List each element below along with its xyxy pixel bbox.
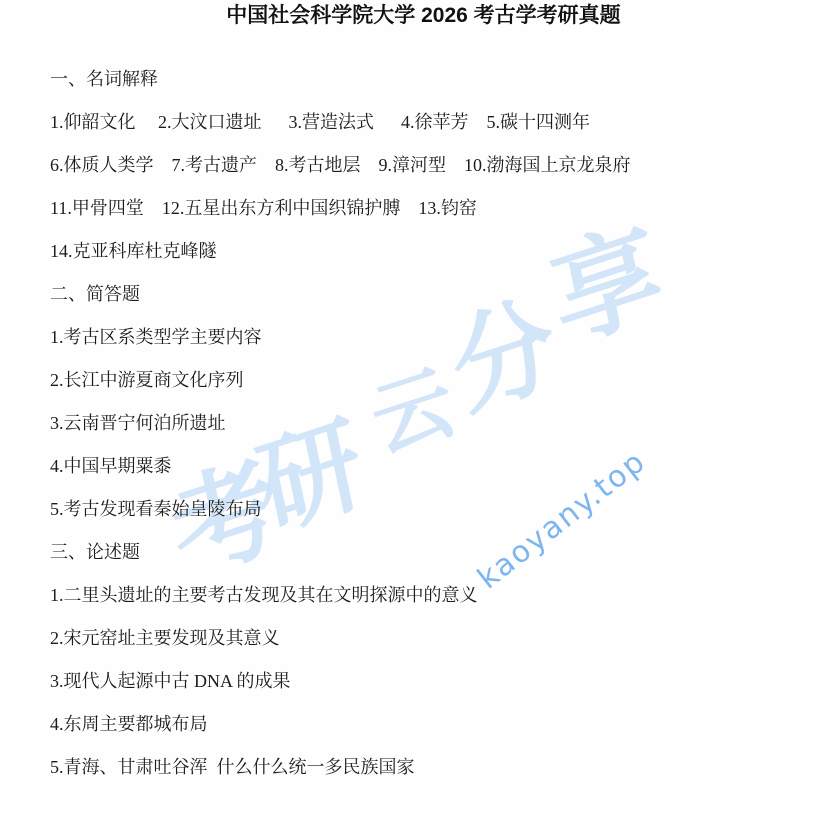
section-heading-3: 三、论述题 (50, 543, 797, 561)
document-body: 中国社会科学院大学 2026 考古学考研真题 一、名词解释 1.仰韶文化 2.大… (0, 0, 837, 776)
section1-line-2: 6.体质人类学 7.考古遗产 8.考古地层 9.漳河型 10.渤海国上京龙泉府 (50, 156, 797, 174)
section2-line-4: 4.中国早期粟黍 (50, 457, 797, 475)
section2-line-1: 1.考古区系类型学主要内容 (50, 328, 797, 346)
section3-line-5: 5.青海、甘肃吐谷浑 什么什么统一多民族国家 (50, 758, 797, 776)
section-heading-1: 一、名词解释 (50, 70, 797, 88)
section3-line-3: 3.现代人起源中古 DNA 的成果 (50, 672, 797, 690)
section3-line-4: 4.东周主要都城布局 (50, 715, 797, 733)
section2-line-5: 5.考古发现看秦始皇陵布局 (50, 500, 797, 518)
document-title: 中国社会科学院大学 2026 考古学考研真题 (50, 4, 797, 28)
exam-document-page: 考 研 云 分 享 kaoyany.top 中国社会科学院大学 2026 考古学… (0, 0, 837, 831)
section1-line-1: 1.仰韶文化 2.大汶口遗址 3.营造法式 4.徐苹芳 5.碳十四测年 (50, 113, 797, 131)
section-heading-2: 二、简答题 (50, 285, 797, 303)
section1-line-3: 11.甲骨四堂 12.五星出东方利中国织锦护膊 13.钧窑 (50, 199, 797, 217)
section3-line-1: 1.二里头遗址的主要考古发现及其在文明探源中的意义 (50, 586, 797, 604)
section2-line-2: 2.长江中游夏商文化序列 (50, 371, 797, 389)
section2-line-3: 3.云南晋宁何泊所遗址 (50, 414, 797, 432)
section1-line-4: 14.克亚科库杜克峰隧 (50, 242, 797, 260)
section3-line-2: 2.宋元窑址主要发现及其意义 (50, 629, 797, 647)
